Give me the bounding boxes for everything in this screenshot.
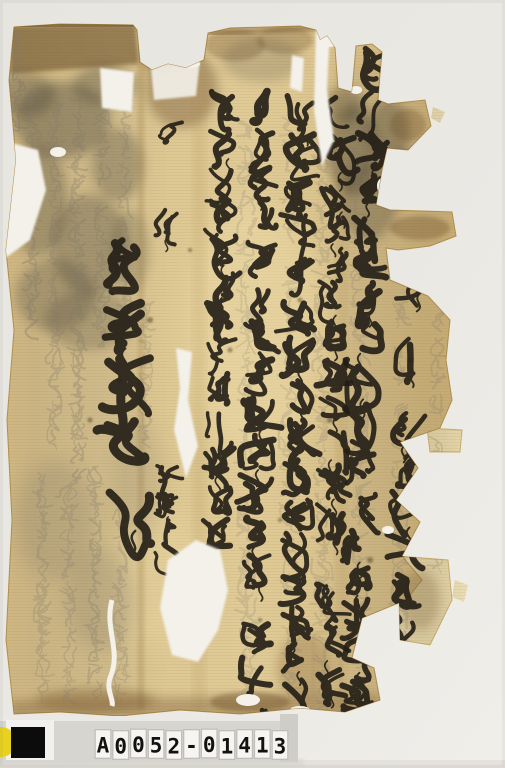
- label-tile: 1: [218, 730, 235, 760]
- label-tile: 2: [165, 730, 182, 760]
- archival-photograph: A0052-01413: [0, 0, 505, 768]
- label-tile: 5: [148, 729, 165, 759]
- label-tile-char: 3: [274, 735, 287, 759]
- label-tile: A: [95, 729, 112, 759]
- label-tile-char: -: [185, 734, 198, 758]
- label-tile-char: 0: [114, 735, 127, 759]
- label-tile-char: 2: [167, 735, 180, 759]
- catalog-number-tiles: A0052-01413: [95, 729, 289, 761]
- label-tile: 4: [236, 729, 253, 759]
- label-tile-char: 0: [203, 733, 216, 757]
- label-tile-char: 1: [256, 734, 269, 758]
- label-tile-char: A: [97, 734, 110, 758]
- label-tile-char: 1: [221, 735, 234, 759]
- label-tile: 1: [254, 729, 271, 759]
- black-calibration-square: [11, 727, 45, 758]
- label-tile-char: 5: [150, 734, 163, 758]
- label-tile: 0: [201, 729, 218, 759]
- label-tile: 3: [272, 730, 289, 760]
- label-tile-char: 4: [238, 734, 251, 758]
- label-tile: -: [183, 729, 200, 759]
- label-tile-char: 0: [132, 733, 145, 757]
- label-tile: 0: [130, 729, 147, 759]
- label-tile: 0: [112, 730, 129, 760]
